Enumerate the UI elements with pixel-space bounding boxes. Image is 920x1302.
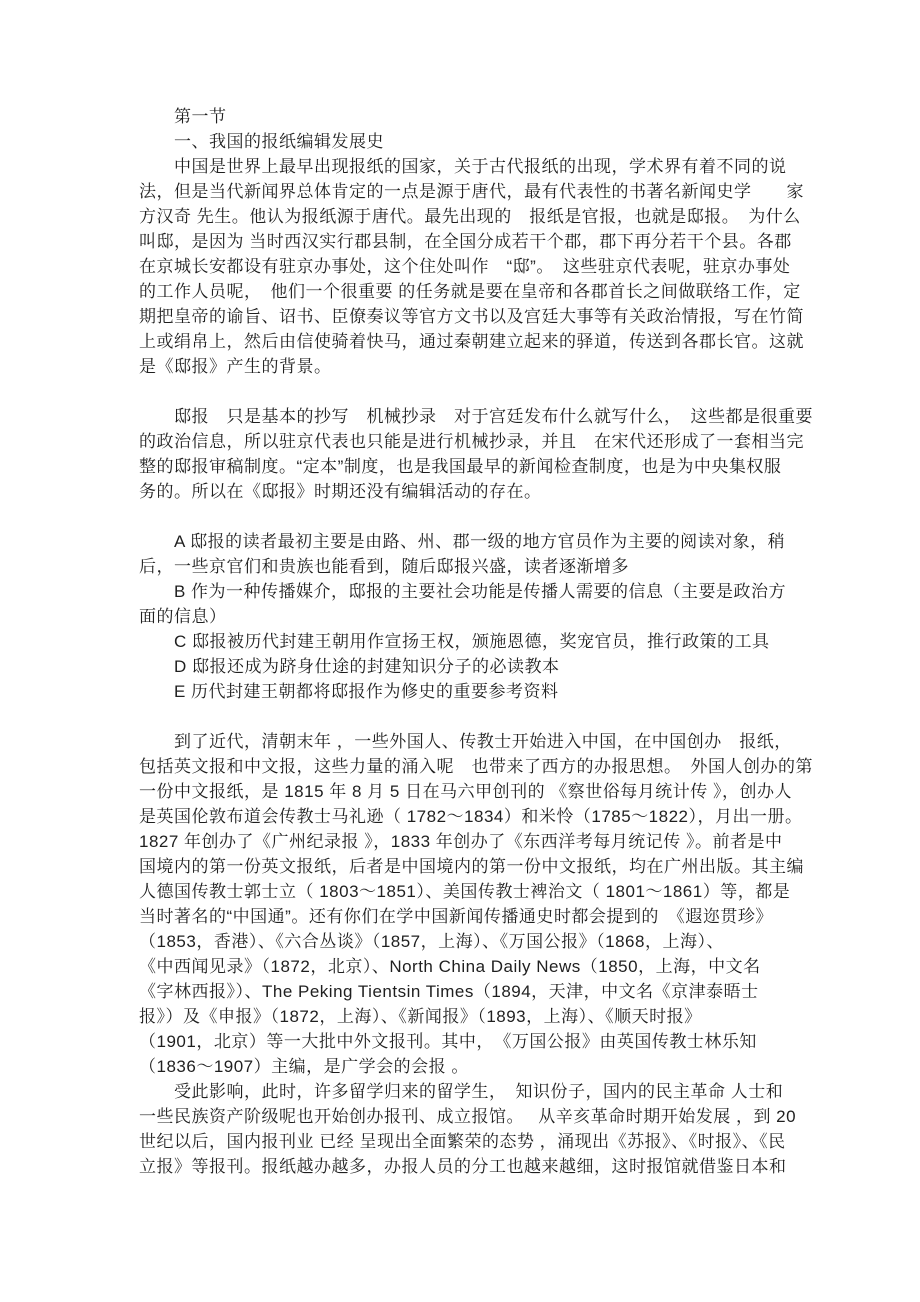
text-line: （1901，北京）等一大批中外文报刊。其中， 《万国公报》由英国传教士林乐知 bbox=[139, 1029, 839, 1054]
text-line: A 邸报的读者最初主要是由路、州、郡一级的地方官员作为主要的阅读对象，稍 bbox=[139, 529, 839, 554]
text-line: 《中西闻见录》（1872，北京）、North China Daily News（… bbox=[139, 954, 839, 979]
para-origin-of-dibao: 中国是世界上最早出现报纸的国家，关于古代报纸的出现，学术界有着不同的说法，但是当… bbox=[139, 154, 839, 379]
text-line: 到了近代，清朝末年 ，一些外国人、传教士开始进入中国，在中国创办 报纸， bbox=[139, 729, 839, 754]
document-body: 第一节 一、我国的报纸编辑发展史 中国是世界上最早出现报纸的国家，关于古代报纸的… bbox=[139, 104, 839, 1179]
text-line: 务的。所以在《邸报》时期还没有编辑活动的存在。 bbox=[139, 479, 839, 504]
list-item-e: E 历代封建王朝都将邸报作为修史的重要参考资料 bbox=[139, 679, 839, 704]
para-modern-newspapers: 到了近代，清朝末年 ，一些外国人、传教士开始进入中国，在中国创办 报纸，包括英文… bbox=[139, 729, 839, 1079]
text-line: 叫邸，是因为 当时西汉实行郡县制，在全国分成若干个郡，郡下再分若干个县。各郡 bbox=[139, 229, 839, 254]
text-line: 在京城长安都设有驻京办事处，这个住处叫作 “邸”。 这些驻京代表呢，驻京办事处 bbox=[139, 254, 839, 279]
text-line: 一、我国的报纸编辑发展史 bbox=[139, 129, 839, 154]
text-line: 人德国传教士郭士立（ 1803～1851）、美国传教士裨治文（ 1801～186… bbox=[139, 879, 839, 904]
text-line: 邸报 只是基本的抄写 机械抄录 对于宫廷发布什么就写什么， 这些都是很重要 bbox=[139, 404, 839, 429]
subsection-heading: 一、我国的报纸编辑发展史 bbox=[139, 129, 839, 154]
text-line: （1836～1907）主编，是广学会的会报 。 bbox=[139, 1054, 839, 1079]
text-line: 是英国伦敦布道会传教士马礼逊（ 1782～1834）和米怜（1785～1822）… bbox=[139, 804, 839, 829]
text-line: 方汉奇 先生。他认为报纸源于唐代。最先出现的 报纸是官报，也就是邸报。 为什么 bbox=[139, 204, 839, 229]
text-line: 国境内的第一份英文报纸，后者是中国境内的第一份中文报纸，均在广州出版。其主编 bbox=[139, 854, 839, 879]
document-page: 第一节 一、我国的报纸编辑发展史 中国是世界上最早出现报纸的国家，关于古代报纸的… bbox=[0, 0, 920, 1302]
text-line: 受此影响，此时，许多留学归来的留学生， 知识份子，国内的民主革命 人士和 bbox=[139, 1079, 839, 1104]
section-heading: 第一节 bbox=[139, 104, 839, 129]
text-line: B 作为一种传播媒介，邸报的主要社会功能是传播人需要的信息（主要是政治方 bbox=[139, 579, 839, 604]
list-item-c: C 邸报被历代封建王朝用作宣扬王权，颁施恩德，奖宠官员，推行政策的工具 bbox=[139, 629, 839, 654]
text-line: 后，一些京官们和贵族也能看到，随后邸报兴盛，读者逐渐增多 bbox=[139, 554, 839, 579]
text-line: 第一节 bbox=[139, 104, 839, 129]
text-line: 法，但是当代新闻界总体肯定的一点是源于唐代，最有代表性的书著名新闻史学 家 bbox=[139, 179, 839, 204]
list-item-b: B 作为一种传播媒介，邸报的主要社会功能是传播人需要的信息（主要是政治方面的信息… bbox=[139, 579, 839, 629]
text-line: D 邸报还成为跻身仕途的封建知识分子的必读教本 bbox=[139, 654, 839, 679]
text-line: 报》）及《申报》（1872，上海）、《新闻报》（1893，上海）、《顺天时报》 bbox=[139, 1004, 839, 1029]
text-line: 中国是世界上最早出现报纸的国家，关于古代报纸的出现，学术界有着不同的说 bbox=[139, 154, 839, 179]
text-line: 当时著名的“中国通”。还有你们在学中国新闻传播通史时都会提到的 《遐迩贯珍》 bbox=[139, 904, 839, 929]
para-domestic-press-boom: 受此影响，此时，许多留学归来的留学生， 知识份子，国内的民主革命 人士和一些民族… bbox=[139, 1079, 839, 1179]
text-line: （1853，香港）、《六合丛谈》（1857，上海）、《万国公报》（1868，上海… bbox=[139, 929, 839, 954]
text-line: 期把皇帝的谕旨、诏书、臣僚奏议等官方文书以及宫廷大事等有关政治情报，写在竹简 bbox=[139, 304, 839, 329]
text-line: 世纪以后，国内报刊业 已经 呈现出全面繁荣的态势 ，涌现出《苏报》、《时报》、《… bbox=[139, 1129, 839, 1154]
text-line: 《字林西报》）、The Peking Tientsin Times（1894，天… bbox=[139, 979, 839, 1004]
text-line: 1827 年创办了《广州纪录报 》，1833 年创办了《东西洋考每月统记传 》。… bbox=[139, 829, 839, 854]
text-line: 面的信息） bbox=[139, 604, 839, 629]
list-item-a: A 邸报的读者最初主要是由路、州、郡一级的地方官员作为主要的阅读对象，稍后，一些… bbox=[139, 529, 839, 579]
text-line: 一些民族资产阶级呢也开始创办报刊、成立报馆。 从辛亥革命时期开始发展 ，到 20 bbox=[139, 1104, 839, 1129]
text-line: 包括英文报和中文报，这些力量的涌入呢 也带来了西方的办报思想。 外国人创办的第 bbox=[139, 754, 839, 779]
text-line: 整的邸报审稿制度。“定本”制度，也是我国最早的新闻检查制度，也是为中央集权服 bbox=[139, 454, 839, 479]
list-item-d: D 邸报还成为跻身仕途的封建知识分子的必读教本 bbox=[139, 654, 839, 679]
text-line: 的政治信息，所以驻京代表也只能是进行机械抄录，并且 在宋代还形成了一套相当完 bbox=[139, 429, 839, 454]
text-line: E 历代封建王朝都将邸报作为修史的重要参考资料 bbox=[139, 679, 839, 704]
para-dibao-copying: 邸报 只是基本的抄写 机械抄录 对于宫廷发布什么就写什么， 这些都是很重要的政治… bbox=[139, 404, 839, 504]
text-line: C 邸报被历代封建王朝用作宣扬王权，颁施恩德，奖宠官员，推行政策的工具 bbox=[139, 629, 839, 654]
text-line: 的工作人员呢， 他们一个很重要 的任务就是要在皇帝和各郡首长之间做联络工作，定 bbox=[139, 279, 839, 304]
text-line: 立报》等报刊。报纸越办越多，办报人员的分工也越来越细，这时报馆就借鉴日本和 bbox=[139, 1154, 839, 1179]
text-line: 一份中文报纸，是 1815 年 8 月 5 日在马六甲创刊的 《察世俗每月统计传… bbox=[139, 779, 839, 804]
text-line: 上或绢帛上，然后由信使骑着快马，通过秦朝建立起来的驿道，传送到各郡长官。这就 bbox=[139, 329, 839, 354]
text-line: 是《邸报》产生的背景。 bbox=[139, 354, 839, 379]
